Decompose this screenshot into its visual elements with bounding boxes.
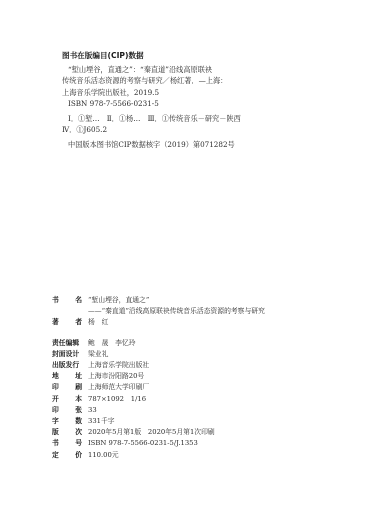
credit-value: 鲍 晟 李忆玲 — [88, 338, 352, 349]
credit-label: 版次 — [52, 427, 88, 438]
credit-value: ——“秦直道”沿线高原联袂传统音乐活态资源的考察与研究 — [88, 306, 352, 317]
credit-label: 开本 — [52, 394, 88, 405]
credit-value: 110.00元 — [88, 450, 352, 461]
credit-value: 梁业礼 — [88, 349, 352, 360]
credit-label: 封面设计 — [52, 349, 88, 360]
credit-label: 出版发行 — [52, 360, 88, 371]
credit-label: 印刷 — [52, 382, 88, 393]
cip-number: 中国版本图书馆CIP数据核字（2019）第071282号 — [62, 139, 342, 150]
credit-label: 定价 — [52, 450, 88, 461]
credit-value: 787×1092 1/16 — [88, 394, 352, 405]
cip-publisher-line: 上海音乐学院出版社，2019.5 — [62, 87, 342, 98]
credit-row-word-count: 字数 331千字 — [52, 416, 352, 427]
cip-title-line: “堑山堙谷，直通之”：“秦直道”沿线高原联袂 — [62, 64, 342, 75]
credit-row-author: 著者 杨 红 — [52, 317, 352, 328]
credit-row-book-name: 书名 “堑山堙谷，直通之” — [52, 295, 352, 306]
credit-row-format: 开本 787×1092 1/16 — [52, 394, 352, 405]
credit-value: 33 — [88, 405, 352, 416]
credit-row-publisher: 出版发行 上海音乐学院出版社 — [52, 360, 352, 371]
credit-row-sheets: 印张 33 — [52, 405, 352, 416]
credit-value: 上海音乐学院出版社 — [88, 360, 352, 371]
credit-label: 字数 — [52, 416, 88, 427]
credit-row-address: 地址 上海市汾阳路20号 — [52, 371, 352, 382]
credit-value: 331千字 — [88, 416, 352, 427]
credit-label: 责任编辑 — [52, 338, 88, 349]
credit-value: 上海师范大学印刷厂 — [88, 382, 352, 393]
credit-value: ISBN 978-7-5566-0231-5/J.1353 — [88, 438, 352, 449]
credit-row-subtitle: ——“秦直道”沿线高原联袂传统音乐活态资源的考察与研究 — [52, 306, 352, 317]
credit-value: 2020年5月第1版 2020年5月第1次印刷 — [88, 427, 352, 438]
cip-isbn: ISBN 978-7-5566-0231-5 — [62, 98, 342, 109]
cip-title: 图书在版编目(CIP)数据 — [62, 50, 342, 61]
credit-value: “堑山堙谷，直通之” — [88, 295, 352, 306]
credit-label: 印张 — [52, 405, 88, 416]
credit-row-printer: 印刷 上海师范大学印刷厂 — [52, 382, 352, 393]
cip-data-block: 图书在版编目(CIP)数据 “堑山堙谷，直通之”：“秦直道”沿线高原联袂 传统音… — [62, 50, 342, 151]
credit-label: 著者 — [52, 317, 88, 328]
credit-label: 书名 — [52, 295, 88, 306]
credit-row-book-number: 书号 ISBN 978-7-5566-0231-5/J.1353 — [52, 438, 352, 449]
cip-classification: Ⅰ．①堑… Ⅱ．①杨… Ⅲ．①传统音乐－研究－陕西 — [62, 113, 342, 124]
credit-row-editor: 责任编辑 鲍 晟 李忆玲 — [52, 338, 352, 349]
credit-row-edition: 版次 2020年5月第1版 2020年5月第1次印刷 — [52, 427, 352, 438]
credit-label: 地址 — [52, 371, 88, 382]
credit-value: 杨 红 — [88, 317, 352, 328]
cip-title-line: 传统音乐活态资源的考察与研究／杨红著．—上海： — [62, 75, 342, 86]
credit-label: 书号 — [52, 438, 88, 449]
credit-value: 上海市汾阳路20号 — [88, 371, 352, 382]
credit-row-cover-design: 封面设计 梁业礼 — [52, 349, 352, 360]
cip-classification: Ⅳ．①J605.2 — [62, 124, 342, 135]
credits-block: 书名 “堑山堙谷，直通之” ——“秦直道”沿线高原联袂传统音乐活态资源的考察与研… — [52, 295, 352, 461]
credit-row-price: 定价 110.00元 — [52, 450, 352, 461]
